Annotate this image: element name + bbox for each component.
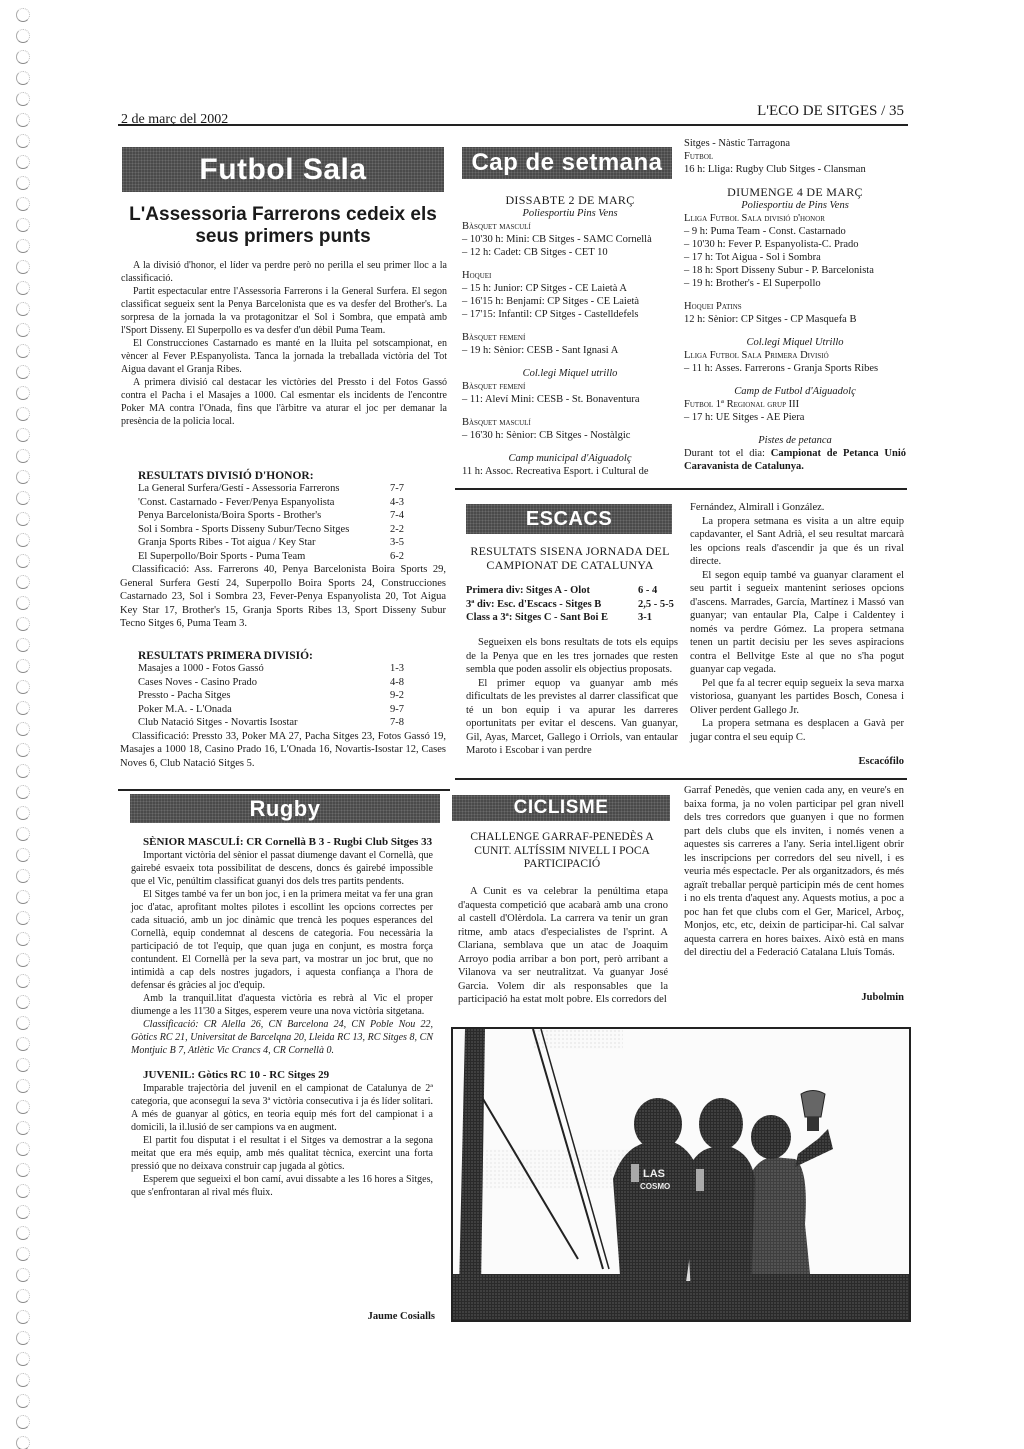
- jersey-text: LAS: [643, 1168, 665, 1180]
- binding-ring: [16, 1373, 30, 1387]
- ciclisme-article-col2: Garraf Penedès, que venien cada any, en …: [684, 784, 904, 960]
- fixture-line: – 10'30 h: Mini: CB Sitges - SAMC Cornel…: [462, 233, 678, 246]
- binding-ring: [16, 806, 30, 820]
- fixture-line: – 17 h: Tot Aigua - Sol i Sombra: [684, 251, 906, 264]
- binding-ring: [16, 92, 30, 106]
- rugby-senior-heading: SÈNIOR MASCULÍ: CR Cornellà B 3 - Rugbi …: [131, 836, 433, 849]
- escacs-results: Primera div: Sitges A - Olot6 - 4 3ª div…: [466, 584, 680, 625]
- escacs-article-col2: Fernández, Almirall i González. La prope…: [690, 501, 904, 744]
- binding-ring: [16, 239, 30, 253]
- honor-results: RESULTATS DIVISIÓ D'HONOR: La General Su…: [124, 462, 450, 631]
- binding-ring: [16, 302, 30, 316]
- sport-label: Bàsquet femení: [462, 380, 678, 393]
- escacs-banner: ESCACS: [466, 504, 672, 534]
- article-paragraph: El Sitges també va fer un bon joc, i en …: [131, 888, 433, 992]
- sport-label: Lliga Futbol Sala divisió d'honor: [684, 212, 906, 225]
- binding-ring: [16, 596, 30, 610]
- binding-ring: [16, 995, 30, 1009]
- fixture-line: – 11: Aleví Mini: CESB - St. Bonaventura: [462, 393, 678, 406]
- article-paragraph: A la divisió d'honor, el líder va perdre…: [121, 259, 447, 285]
- venue-name: Poliesportiu de Pins Vens: [684, 199, 906, 212]
- sport-label: Bàsquet masculí: [462, 220, 678, 233]
- binding-ring: [16, 638, 30, 652]
- binding-ring: [16, 281, 30, 295]
- ciclisme-signature: Jubolmin: [684, 992, 904, 1003]
- binding-ring: [16, 1079, 30, 1093]
- ciclisme-article-col1: A Cunit es va celebrar la penúltima etap…: [458, 885, 668, 1007]
- binding-ring: [16, 764, 30, 778]
- article-paragraph: Amb la tranquil.litat d'aquesta victòria…: [131, 992, 433, 1018]
- result-row: Pressto - Pacha Sitges9-2: [124, 689, 450, 703]
- binding-ring: [16, 512, 30, 526]
- fixture-line: – 9 h: Puma Team - Const. Castarnado: [684, 225, 906, 238]
- podium-photo-illustration: LAS COSMO: [453, 1029, 911, 1322]
- binding-ring: [16, 1121, 30, 1135]
- article-paragraph: Imparable trajectòria del juvenil en el …: [131, 1082, 433, 1134]
- result-row: El Superpollo/Boir Sports - Puma Team6-2: [124, 550, 450, 564]
- primera-results: RESULTATS PRIMERA DIVISIÓ: Masajes a 100…: [124, 642, 450, 770]
- binding-ring: [16, 407, 30, 421]
- binding-ring: [16, 575, 30, 589]
- binding-ring: [16, 1226, 30, 1240]
- binding-ring: [16, 1331, 30, 1345]
- result-row: Sol i Sombra - Sports Disseny Subur/Tecn…: [124, 523, 450, 537]
- saturday-schedule: DISSABTE 2 DE MARÇ Poliesportiu Pins Ven…: [462, 194, 678, 478]
- article-continuation: Fernández, Almirall i González.: [690, 501, 904, 515]
- escacs-signature: Escacófilo: [690, 756, 904, 767]
- venue-name: Poliesportiu Pins Vens: [462, 207, 678, 220]
- futbol-sala-banner: Futbol Sala: [122, 147, 444, 192]
- binding-ring: [16, 953, 30, 967]
- honor-classification: Classificació: Ass. Farrerons 40, Penya …: [120, 563, 450, 631]
- sport-label: Bàsquet masculí: [462, 416, 678, 429]
- binding-ring: [16, 428, 30, 442]
- binding-ring: [16, 50, 30, 64]
- result-row: Poker M.A. - L'Onada9-7: [124, 703, 450, 717]
- binding-ring: [16, 1205, 30, 1219]
- binding-ring: [16, 71, 30, 85]
- binding-ring: [16, 1415, 30, 1429]
- binding-ring: [16, 848, 30, 862]
- petanca-line: Durant tot el dia: Campionat de Petanca …: [684, 447, 906, 473]
- binding-ring: [16, 134, 30, 148]
- venue-name: Camp de Futbol d'Aiguadolç: [684, 385, 906, 398]
- fixture-line: – 16'30 h: Sènior: CB Sitges - Nostàlgic: [462, 429, 678, 442]
- binding-ring: [16, 743, 30, 757]
- binding-ring: [16, 344, 30, 358]
- fixture-line: – 15 h: Junior: CP Sitges - CE Laietà A: [462, 282, 678, 295]
- binding-ring: [16, 365, 30, 379]
- binding-ring: [16, 701, 30, 715]
- rugby-article: SÈNIOR MASCULÍ: CR Cornellà B 3 - Rugbi …: [131, 836, 433, 1199]
- fixture-line: – 19 h: Brother's - El Superpollo: [684, 277, 906, 290]
- binding-ring: [16, 1037, 30, 1051]
- binding-ring: [16, 260, 30, 274]
- article-paragraph: El segon equip també va guanyar claramen…: [690, 569, 904, 677]
- header-rule: [118, 124, 908, 126]
- rugby-juvenil-heading: JUVENIL: Gòtics RC 10 - RC Sitges 29: [131, 1069, 433, 1082]
- binding-ring: [16, 176, 30, 190]
- binding-ring: [16, 533, 30, 547]
- spiral-binding: [10, 0, 40, 1449]
- futbol-sala-article: A la divisió d'honor, el líder va perdre…: [121, 259, 447, 428]
- binding-ring: [16, 1436, 30, 1449]
- escacs-headline: RESULTATS SISENA JORNADA DEL CAMPIONAT D…: [462, 544, 678, 572]
- binding-ring: [16, 197, 30, 211]
- binding-ring: [16, 659, 30, 673]
- sport-label: Lliga Futbol Sala Primera Divisió: [684, 349, 906, 362]
- rugby-classification: Classificació: CR Alella 26, CN Barcelon…: [131, 1018, 433, 1057]
- fixture-line: – 11 h: Asses. Farrerons - Granja Sports…: [684, 362, 906, 375]
- binding-ring: [16, 1394, 30, 1408]
- result-row: Class a 3ª: Sitges C - Sant Boi E3-1: [466, 611, 680, 625]
- article-paragraph: Important victòria del sènior el passat …: [131, 849, 433, 888]
- sport-label: Futbol 1ª Regional grup III: [684, 398, 906, 411]
- rugby-signature: Jaume Cosialls: [131, 1311, 435, 1322]
- primera-results-title: RESULTATS PRIMERA DIVISIÓ:: [124, 650, 450, 662]
- fixture-line: 12 h: Sènior: CP Sitges - CP Masquefa B: [684, 313, 906, 326]
- binding-ring: [16, 974, 30, 988]
- binding-ring: [16, 470, 30, 484]
- binding-ring: [16, 1163, 30, 1177]
- cap-setmana-banner: Cap de setmana: [462, 147, 672, 179]
- ciclisme-banner: CICLISME: [452, 795, 670, 821]
- binding-ring: [16, 680, 30, 694]
- sport-label: Hoquei: [462, 269, 678, 282]
- result-row: Cases Noves - Casino Prado4-8: [124, 676, 450, 690]
- article-paragraph: Partit espectacular entre l'Assessoria F…: [121, 285, 447, 337]
- venue-name: Pistes de petanca: [684, 434, 906, 447]
- article-paragraph: Esperem que segueixi el bon camí, avui d…: [131, 1173, 433, 1199]
- binding-ring: [16, 554, 30, 568]
- binding-ring: [16, 869, 30, 883]
- venue-name: Camp municipal d'Aiguadolç: [462, 452, 678, 465]
- binding-ring: [16, 386, 30, 400]
- binding-ring: [16, 218, 30, 232]
- rugby-banner: Rugby: [130, 794, 440, 823]
- saturday-day-heading: DISSABTE 2 DE MARÇ: [462, 194, 678, 207]
- binding-ring: [16, 1289, 30, 1303]
- fixture-line: – 16'15 h: Benjamí: CP Sitges - CE Laiet…: [462, 295, 678, 308]
- section-divider: [455, 778, 907, 780]
- article-paragraph: El primer equop va guanyar amb més dific…: [466, 677, 678, 758]
- sport-label: Hoquei Patins: [684, 300, 906, 313]
- result-row: Penya Barcelonista/Boira Sports - Brothe…: [124, 509, 450, 523]
- binding-ring: [16, 29, 30, 43]
- ciclisme-headline: CHALLENGE GARRAF-PENEDÈS A CUNIT. ALTÍSS…: [455, 831, 669, 872]
- binding-ring: [16, 449, 30, 463]
- honor-results-title: RESULTATS DIVISIÓ D'HONOR:: [124, 470, 450, 482]
- cycling-podium-photo: LAS COSMO: [451, 1027, 911, 1322]
- binding-ring: [16, 827, 30, 841]
- publication-page: L'ECO DE SITGES / 35: [757, 103, 904, 120]
- binding-ring: [16, 491, 30, 505]
- result-row: 'Const. Castarnado - Fever/Penya Espanyo…: [124, 496, 450, 510]
- result-row: Club Natació Sitges - Novartis Isostar7-…: [124, 716, 450, 730]
- fixture-line: – 17'15: Infantil: CP Sitges - Castellde…: [462, 308, 678, 321]
- sunday-schedule: Sitges - Nàstic Tarragona Futbol 16 h: L…: [684, 137, 906, 473]
- venue-name: Col.legi Miquel Utrillo: [684, 336, 906, 349]
- fixture-line: – 17 h: UE Sitges - AE Piera: [684, 411, 906, 424]
- article-paragraph: El partit fou disputat i el resultat i e…: [131, 1134, 433, 1173]
- binding-ring: [16, 323, 30, 337]
- primera-classification: Classificació: Pressto 33, Poker MA 27, …: [120, 730, 450, 771]
- section-divider: [455, 488, 907, 490]
- result-row: La General Surfera/Gestí - Assessoria Fa…: [124, 482, 450, 496]
- fixture-line: – 18 h: Sport Disseny Subur - P. Barcelo…: [684, 264, 906, 277]
- binding-ring: [16, 911, 30, 925]
- binding-ring: [16, 1268, 30, 1282]
- binding-ring: [16, 1142, 30, 1156]
- section-divider: [118, 789, 450, 791]
- binding-ring: [16, 785, 30, 799]
- binding-ring: [16, 1058, 30, 1072]
- article-paragraph: Pel que fa al tecrer equip segueix la se…: [690, 677, 904, 718]
- binding-ring: [16, 113, 30, 127]
- escacs-article-col1: Segueixen els bons resultats de tots els…: [466, 636, 678, 758]
- sport-label: Bàsquet femení: [462, 331, 678, 344]
- article-paragraph: A primera divisió cal destacar les victò…: [121, 376, 447, 428]
- fixture-line: 11 h: Assoc. Recreativa Esport. i Cultur…: [462, 465, 678, 478]
- article-paragraph: La propera setmana es desplacen a Gavà p…: [690, 717, 904, 744]
- binding-ring: [16, 1247, 30, 1261]
- issue-date: 2 de març del 2002: [121, 112, 228, 128]
- article-paragraph: Segueixen els bons resultats de tots els…: [466, 636, 678, 677]
- binding-ring: [16, 890, 30, 904]
- venue-name: Col.legi Miquel utrillo: [462, 367, 678, 380]
- result-row: Granja Sports Ribes - Tot aigua / Key St…: [124, 536, 450, 550]
- article-paragraph: El Construcciones Castarnado es manté en…: [121, 337, 447, 376]
- result-row: Primera div: Sitges A - Olot6 - 4: [466, 584, 680, 598]
- binding-ring: [16, 1352, 30, 1366]
- binding-ring: [16, 1016, 30, 1030]
- binding-ring: [16, 1100, 30, 1114]
- result-row: Masajes a 1000 - Fotos Gassó1-3: [124, 662, 450, 676]
- binding-ring: [16, 1310, 30, 1324]
- fixture-line: 16 h: Lliga: Rugby Club Sitges - Clansma…: [684, 163, 906, 176]
- jersey-text: COSMO: [640, 1182, 670, 1191]
- binding-ring: [16, 722, 30, 736]
- binding-ring: [16, 155, 30, 169]
- binding-ring: [16, 1184, 30, 1198]
- sunday-day-heading: DIUMENGE 4 DE MARÇ: [684, 186, 906, 199]
- fixture-line: – 12 h: Cadet: CB Sitges - CET 10: [462, 246, 678, 259]
- binding-ring: [16, 932, 30, 946]
- binding-ring: [16, 617, 30, 631]
- sport-label: Futbol: [684, 150, 906, 163]
- result-row: 3ª div: Esc. d'Escacs - Sitges B2,5 - 5-…: [466, 598, 680, 612]
- fixture-line: – 19 h: Sènior: CESB - Sant Ignasi A: [462, 344, 678, 357]
- article-paragraph: La propera setmana es visita a un altre …: [690, 515, 904, 569]
- futbol-sala-headline: L'Assessoria Farrerons cedeix els seus p…: [118, 204, 448, 248]
- binding-ring: [16, 8, 30, 22]
- fixture-line: Sitges - Nàstic Tarragona: [684, 137, 906, 150]
- fixture-line: – 10'30 h: Fever P. Espanyolista-C. Prad…: [684, 238, 906, 251]
